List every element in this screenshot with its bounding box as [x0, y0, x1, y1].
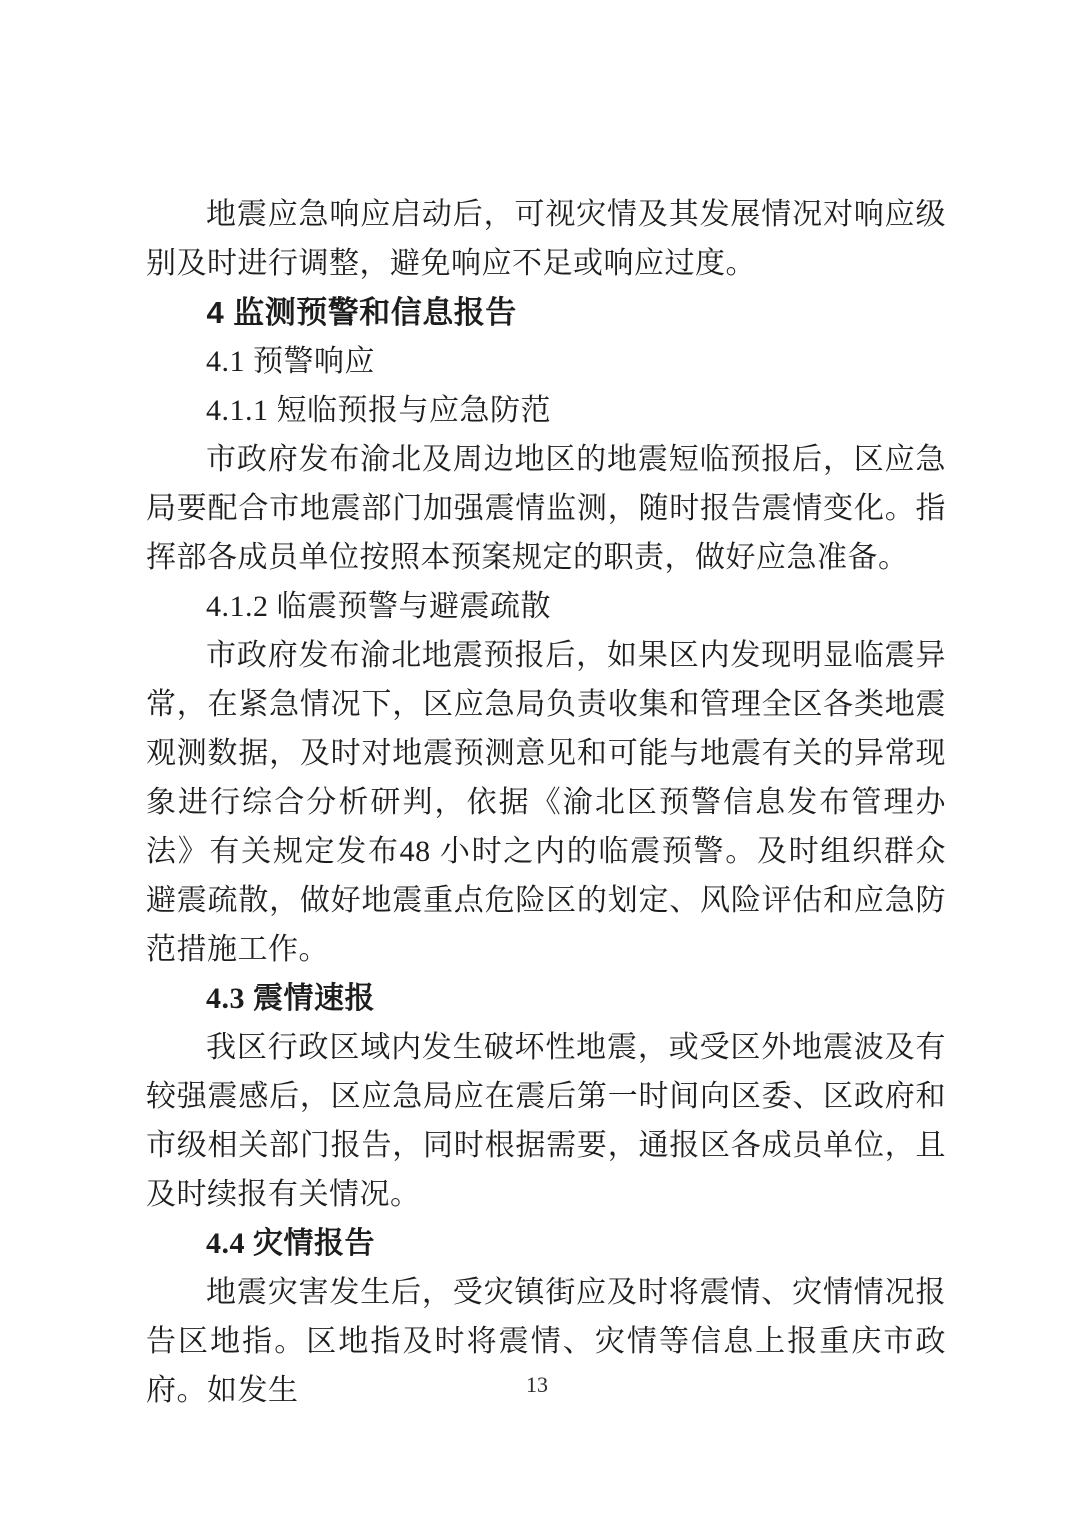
- heading-4-1-warning-response: 4.1 预警响应: [146, 337, 946, 386]
- heading-section-4-monitoring-warning: 4 监测预警和信息报告: [146, 288, 946, 337]
- paragraph-imminent-warning: 市政府发布渝北地震预报后，如果区内发现明显临震异常，在紧急情况下，区应急局负责收…: [146, 631, 946, 974]
- page-number: 13: [0, 1372, 1074, 1398]
- heading-4-3-earthquake-quick-report: 4.3 震情速报: [146, 974, 946, 1023]
- paragraph-short-term-forecast: 市政府发布渝北及周边地区的地震短临预报后，区应急局要配合市地震部门加强震情监测，…: [146, 435, 946, 582]
- document-content: 地震应急响应启动后，可视灾情及其发展情况对响应级别及时进行调整，避免响应不足或响…: [146, 190, 946, 1415]
- heading-4-1-2-imminent-warning: 4.1.2 临震预警与避震疏散: [146, 582, 946, 631]
- heading-4-4-disaster-report: 4.4 灾情报告: [146, 1219, 946, 1268]
- document-page: 地震应急响应启动后，可视灾情及其发展情况对响应级别及时进行调整，避免响应不足或响…: [0, 0, 1074, 1520]
- paragraph-earthquake-quick-report: 我区行政区域内发生破坏性地震，或受区外地震波及有较强震感后，区应急局应在震后第一…: [146, 1023, 946, 1219]
- paragraph-response-adjustment: 地震应急响应启动后，可视灾情及其发展情况对响应级别及时进行调整，避免响应不足或响…: [146, 190, 946, 288]
- heading-4-1-1-short-term-forecast: 4.1.1 短临预报与应急防范: [146, 386, 946, 435]
